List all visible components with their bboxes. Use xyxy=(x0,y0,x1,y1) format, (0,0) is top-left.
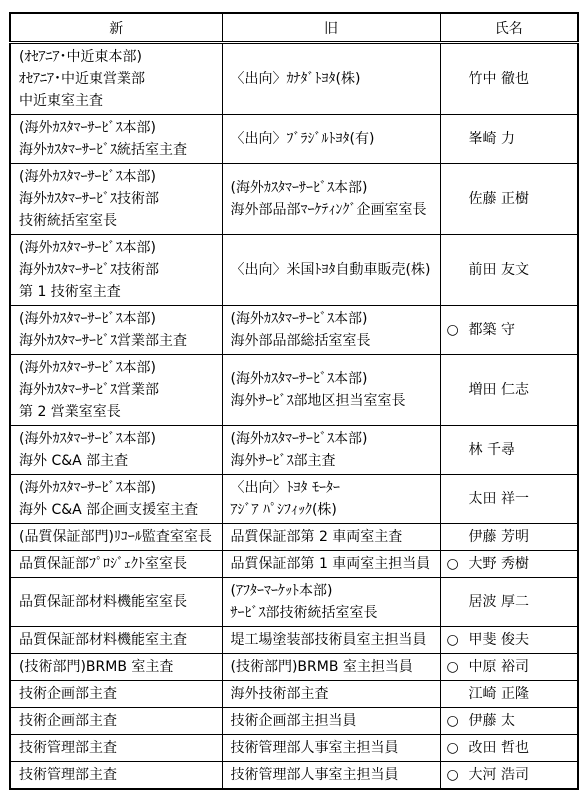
position-line: 技術管理部主査 xyxy=(19,737,218,759)
name-cell: 竹中 徹也 xyxy=(440,43,578,115)
position-line: ｵｾｱﾆｱ･中近東営業部 xyxy=(19,68,218,90)
new-position-cell: 品質保証部ﾌﾟﾛｼﾞｪｸﾄ室室長 xyxy=(10,551,222,578)
position-line: 〈出向〉ﾌﾞﾗｼﾞﾙﾄﾖﾀ(有) xyxy=(231,128,436,150)
person-name: 峯崎 力 xyxy=(469,131,515,147)
table-row: 技術管理部主査 技術管理部人事室主担当員 ○改田 哲也 xyxy=(10,735,578,762)
position-line: 技術管理部人事室主担当員 xyxy=(231,737,436,759)
position-line: 海外技術部主査 xyxy=(231,683,436,705)
person-name: 居波 厚二 xyxy=(469,594,529,610)
name-cell: ○中原 裕司 xyxy=(440,654,578,681)
old-position-cell: 技術管理部人事室主担当員 xyxy=(222,735,440,762)
header-person-name: 氏名 xyxy=(440,13,578,43)
position-line: 品質保証部材料機能室室長 xyxy=(19,591,218,613)
position-line: 技術企画部主査 xyxy=(19,683,218,705)
name-cell: 居波 厚二 xyxy=(440,578,578,627)
new-position-cell: (海外ｶｽﾀﾏｰｻｰﾋﾞｽ本部) 海外ｶｽﾀﾏｰｻｰﾋﾞｽ営業部 第 2 営業室… xyxy=(10,355,222,426)
position-line: (海外ｶｽﾀﾏｰｻｰﾋﾞｽ本部) xyxy=(19,166,218,188)
transfer-circle-mark: ○ xyxy=(447,629,469,651)
table-row: (海外ｶｽﾀﾏｰｻｰﾋﾞｽ本部) 海外ｶｽﾀﾏｰｻｰﾋﾞｽ技術部 第 1 技術室… xyxy=(10,235,578,306)
position-line: (海外ｶｽﾀﾏｰｻｰﾋﾞｽ本部) xyxy=(19,308,218,330)
transfer-circle-mark: ○ xyxy=(447,553,469,575)
position-line: 堤工場塗装部技術員室主担当員 xyxy=(231,629,436,651)
new-position-cell: 品質保証部材料機能室室長 xyxy=(10,578,222,627)
header-new-position: 新 xyxy=(10,13,222,43)
old-position-cell: (ｱﾌﾀｰﾏｰｹｯﾄ本部) ｻｰﾋﾞｽ部技術統括室室長 xyxy=(222,578,440,627)
table-row: 技術企画部主査 技術企画部主担当員 ○伊藤 太 xyxy=(10,708,578,735)
old-position-cell: 技術企画部主担当員 xyxy=(222,708,440,735)
table-row: (海外ｶｽﾀﾏｰｻｰﾋﾞｽ本部) 海外ｶｽﾀﾏｰｻｰﾋﾞｽ技術部 技術統括室室長… xyxy=(10,164,578,235)
name-cell: ○改田 哲也 xyxy=(440,735,578,762)
table-row: (ｵｾｱﾆｱ･中近東本部) ｵｾｱﾆｱ･中近東営業部 中近東室主査 〈出向〉ｶﾅ… xyxy=(10,43,578,115)
position-line: (技術部門)BRMB 室主査 xyxy=(19,656,218,678)
position-line: (海外ｶｽﾀﾏｰｻｰﾋﾞｽ本部) xyxy=(231,428,436,450)
new-position-cell: (海外ｶｽﾀﾏｰｻｰﾋﾞｽ本部) 海外ｶｽﾀﾏｰｻｰﾋﾞｽ営業部主査 xyxy=(10,306,222,355)
old-position-cell: 〈出向〉ｶﾅﾀﾞﾄﾖﾀ(株) xyxy=(222,43,440,115)
position-line: 海外 C&A 部企画支援室主査 xyxy=(19,499,218,521)
name-cell: ○甲斐 俊夫 xyxy=(440,627,578,654)
position-line: (海外ｶｽﾀﾏｰｻｰﾋﾞｽ本部) xyxy=(19,477,218,499)
header-old-position: 旧 xyxy=(222,13,440,43)
transfer-circle-mark: ○ xyxy=(447,764,469,786)
person-name: 佐藤 正樹 xyxy=(469,191,529,207)
position-line: 海外ｻｰﾋﾞｽ部主査 xyxy=(231,450,436,472)
new-position-cell: (海外ｶｽﾀﾏｰｻｰﾋﾞｽ本部) 海外 C&A 部企画支援室主査 xyxy=(10,475,222,524)
table-row: 品質保証部材料機能室室長 (ｱﾌﾀｰﾏｰｹｯﾄ本部) ｻｰﾋﾞｽ部技術統括室室長… xyxy=(10,578,578,627)
position-line: 技術管理部主査 xyxy=(19,764,218,786)
person-name: 都築 守 xyxy=(469,322,515,338)
position-line: (海外ｶｽﾀﾏｰｻｰﾋﾞｽ本部) xyxy=(19,357,218,379)
new-position-cell: (海外ｶｽﾀﾏｰｻｰﾋﾞｽ本部) 海外 C&A 部主査 xyxy=(10,426,222,475)
position-line: 海外 C&A 部主査 xyxy=(19,450,218,472)
person-name: 伊藤 芳明 xyxy=(469,529,529,545)
position-line: 海外ｶｽﾀﾏｰｻｰﾋﾞｽ技術部 xyxy=(19,259,218,281)
position-line: 海外ｶｽﾀﾏｰｻｰﾋﾞｽ統括室主査 xyxy=(19,139,218,161)
person-name: 大野 秀樹 xyxy=(469,556,529,572)
personnel-transfer-table: 新 旧 氏名 (ｵｾｱﾆｱ･中近東本部) ｵｾｱﾆｱ･中近東営業部 中近東室主査… xyxy=(9,12,579,790)
position-line: 中近東室主査 xyxy=(19,90,218,112)
position-line: 海外ｶｽﾀﾏｰｻｰﾋﾞｽ営業部主査 xyxy=(19,330,218,352)
name-cell: ○大河 浩司 xyxy=(440,762,578,790)
new-position-cell: 技術企画部主査 xyxy=(10,681,222,708)
person-name: 中原 裕司 xyxy=(469,659,529,675)
old-position-cell: 〈出向〉ﾄﾖﾀ ﾓｰﾀｰ ｱｼﾞｱ ﾊﾟｼﾌｨｯｸ(株) xyxy=(222,475,440,524)
position-line: 第 1 技術室主査 xyxy=(19,281,218,303)
new-position-cell: 技術管理部主査 xyxy=(10,735,222,762)
old-position-cell: 品質保証部第 2 車両室主査 xyxy=(222,524,440,551)
new-position-cell: (海外ｶｽﾀﾏｰｻｰﾋﾞｽ本部) 海外ｶｽﾀﾏｰｻｰﾋﾞｽ統括室主査 xyxy=(10,115,222,164)
old-position-cell: 技術管理部人事室主担当員 xyxy=(222,762,440,790)
name-cell: 峯崎 力 xyxy=(440,115,578,164)
person-name: 林 千尋 xyxy=(469,442,515,458)
new-position-cell: (ｵｾｱﾆｱ･中近東本部) ｵｾｱﾆｱ･中近東営業部 中近東室主査 xyxy=(10,43,222,115)
position-line: (品質保証部門)ﾘｺｰﾙ監査室室長 xyxy=(19,526,218,548)
old-position-cell: (海外ｶｽﾀﾏｰｻｰﾋﾞｽ本部) 海外部品部総括室室長 xyxy=(222,306,440,355)
old-position-cell: 〈出向〉米国ﾄﾖﾀ自動車販売(株) xyxy=(222,235,440,306)
header-row: 新 旧 氏名 xyxy=(10,13,578,43)
person-name: 大河 浩司 xyxy=(469,767,529,783)
position-line: 品質保証部材料機能室主査 xyxy=(19,629,218,651)
position-line: (海外ｶｽﾀﾏｰｻｰﾋﾞｽ本部) xyxy=(231,308,436,330)
position-line: 〈出向〉ﾄﾖﾀ ﾓｰﾀｰ xyxy=(231,477,436,499)
position-line: 〈出向〉米国ﾄﾖﾀ自動車販売(株) xyxy=(231,259,436,281)
person-name: 甲斐 俊夫 xyxy=(469,632,529,648)
position-line: 海外ｶｽﾀﾏｰｻｰﾋﾞｽ技術部 xyxy=(19,188,218,210)
table-row: (海外ｶｽﾀﾏｰｻｰﾋﾞｽ本部) 海外ｶｽﾀﾏｰｻｰﾋﾞｽ営業部主査 (海外ｶｽ… xyxy=(10,306,578,355)
table-row: (海外ｶｽﾀﾏｰｻｰﾋﾞｽ本部) 海外 C&A 部主査 (海外ｶｽﾀﾏｰｻｰﾋﾞ… xyxy=(10,426,578,475)
position-line: 海外ｻｰﾋﾞｽ部地区担当室室長 xyxy=(231,390,436,412)
new-position-cell: (品質保証部門)ﾘｺｰﾙ監査室室長 xyxy=(10,524,222,551)
person-name: 竹中 徹也 xyxy=(469,71,529,87)
position-line: 海外部品部ﾏｰｹﾃｨﾝｸﾞ企画室室長 xyxy=(231,199,436,221)
person-name: 太田 祥一 xyxy=(469,491,529,507)
new-position-cell: (技術部門)BRMB 室主査 xyxy=(10,654,222,681)
old-position-cell: 〈出向〉ﾌﾞﾗｼﾞﾙﾄﾖﾀ(有) xyxy=(222,115,440,164)
table-row: (海外ｶｽﾀﾏｰｻｰﾋﾞｽ本部) 海外ｶｽﾀﾏｰｻｰﾋﾞｽ統括室主査 〈出向〉ﾌ… xyxy=(10,115,578,164)
person-name: 前田 友文 xyxy=(469,262,529,278)
position-line: 品質保証部ﾌﾟﾛｼﾞｪｸﾄ室室長 xyxy=(19,553,218,575)
person-name: 改田 哲也 xyxy=(469,740,529,756)
document-page: 新 旧 氏名 (ｵｾｱﾆｱ･中近東本部) ｵｾｱﾆｱ･中近東営業部 中近東室主査… xyxy=(0,0,586,793)
name-cell: ○伊藤 太 xyxy=(440,708,578,735)
position-line: 技術統括室室長 xyxy=(19,210,218,232)
new-position-cell: 品質保証部材料機能室主査 xyxy=(10,627,222,654)
new-position-cell: 技術企画部主査 xyxy=(10,708,222,735)
position-line: (海外ｶｽﾀﾏｰｻｰﾋﾞｽ本部) xyxy=(19,117,218,139)
old-position-cell: 品質保証部第 1 車両室主担当員 xyxy=(222,551,440,578)
position-line: (ｵｾｱﾆｱ･中近東本部) xyxy=(19,46,218,68)
position-line: (海外ｶｽﾀﾏｰｻｰﾋﾞｽ本部) xyxy=(231,177,436,199)
position-line: 海外ｶｽﾀﾏｰｻｰﾋﾞｽ営業部 xyxy=(19,379,218,401)
table-row: (海外ｶｽﾀﾏｰｻｰﾋﾞｽ本部) 海外 C&A 部企画支援室主査 〈出向〉ﾄﾖﾀ… xyxy=(10,475,578,524)
name-cell: 林 千尋 xyxy=(440,426,578,475)
old-position-cell: (海外ｶｽﾀﾏｰｻｰﾋﾞｽ本部) 海外ｻｰﾋﾞｽ部地区担当室室長 xyxy=(222,355,440,426)
position-line: 品質保証部第 2 車両室主査 xyxy=(231,526,436,548)
position-line: 海外部品部総括室室長 xyxy=(231,330,436,352)
position-line: 品質保証部第 1 車両室主担当員 xyxy=(231,553,436,575)
position-line: (海外ｶｽﾀﾏｰｻｰﾋﾞｽ本部) xyxy=(19,428,218,450)
name-cell: 江崎 正隆 xyxy=(440,681,578,708)
name-cell: 太田 祥一 xyxy=(440,475,578,524)
transfer-circle-mark: ○ xyxy=(447,710,469,732)
new-position-cell: (海外ｶｽﾀﾏｰｻｰﾋﾞｽ本部) 海外ｶｽﾀﾏｰｻｰﾋﾞｽ技術部 技術統括室室長 xyxy=(10,164,222,235)
table-row: 技術企画部主査 海外技術部主査 江崎 正隆 xyxy=(10,681,578,708)
position-line: ｱｼﾞｱ ﾊﾟｼﾌｨｯｸ(株) xyxy=(231,499,436,521)
old-position-cell: 堤工場塗装部技術員室主担当員 xyxy=(222,627,440,654)
person-name: 増田 仁志 xyxy=(469,382,529,398)
name-cell: 前田 友文 xyxy=(440,235,578,306)
new-position-cell: 技術管理部主査 xyxy=(10,762,222,790)
old-position-cell: (海外ｶｽﾀﾏｰｻｰﾋﾞｽ本部) 海外ｻｰﾋﾞｽ部主査 xyxy=(222,426,440,475)
table-row: (品質保証部門)ﾘｺｰﾙ監査室室長 品質保証部第 2 車両室主査 伊藤 芳明 xyxy=(10,524,578,551)
old-position-cell: (技術部門)BRMB 室主担当員 xyxy=(222,654,440,681)
position-line: 技術企画部主担当員 xyxy=(231,710,436,732)
position-line: (技術部門)BRMB 室主担当員 xyxy=(231,656,436,678)
name-cell: ○大野 秀樹 xyxy=(440,551,578,578)
position-line: 第 2 営業室室長 xyxy=(19,401,218,423)
table-row: 品質保証部材料機能室主査 堤工場塗装部技術員室主担当員 ○甲斐 俊夫 xyxy=(10,627,578,654)
name-cell: 増田 仁志 xyxy=(440,355,578,426)
transfer-circle-mark: ○ xyxy=(447,319,469,341)
transfer-circle-mark: ○ xyxy=(447,737,469,759)
position-line: 技術企画部主査 xyxy=(19,710,218,732)
position-line: 〈出向〉ｶﾅﾀﾞﾄﾖﾀ(株) xyxy=(231,68,436,90)
new-position-cell: (海外ｶｽﾀﾏｰｻｰﾋﾞｽ本部) 海外ｶｽﾀﾏｰｻｰﾋﾞｽ技術部 第 1 技術室… xyxy=(10,235,222,306)
position-line: (ｱﾌﾀｰﾏｰｹｯﾄ本部) xyxy=(231,580,436,602)
person-name: 伊藤 太 xyxy=(469,713,515,729)
name-cell: ○都築 守 xyxy=(440,306,578,355)
position-line: (海外ｶｽﾀﾏｰｻｰﾋﾞｽ本部) xyxy=(231,368,436,390)
position-line: (海外ｶｽﾀﾏｰｻｰﾋﾞｽ本部) xyxy=(19,237,218,259)
position-line: ｻｰﾋﾞｽ部技術統括室室長 xyxy=(231,602,436,624)
name-cell: 伊藤 芳明 xyxy=(440,524,578,551)
person-name: 江崎 正隆 xyxy=(469,686,529,702)
table-row: (海外ｶｽﾀﾏｰｻｰﾋﾞｽ本部) 海外ｶｽﾀﾏｰｻｰﾋﾞｽ営業部 第 2 営業室… xyxy=(10,355,578,426)
old-position-cell: 海外技術部主査 xyxy=(222,681,440,708)
old-position-cell: (海外ｶｽﾀﾏｰｻｰﾋﾞｽ本部) 海外部品部ﾏｰｹﾃｨﾝｸﾞ企画室室長 xyxy=(222,164,440,235)
position-line: 技術管理部人事室主担当員 xyxy=(231,764,436,786)
table-row: 技術管理部主査 技術管理部人事室主担当員 ○大河 浩司 xyxy=(10,762,578,790)
table-row: 品質保証部ﾌﾟﾛｼﾞｪｸﾄ室室長 品質保証部第 1 車両室主担当員 ○大野 秀樹 xyxy=(10,551,578,578)
table-row: (技術部門)BRMB 室主査 (技術部門)BRMB 室主担当員 ○中原 裕司 xyxy=(10,654,578,681)
name-cell: 佐藤 正樹 xyxy=(440,164,578,235)
transfer-circle-mark: ○ xyxy=(447,656,469,678)
